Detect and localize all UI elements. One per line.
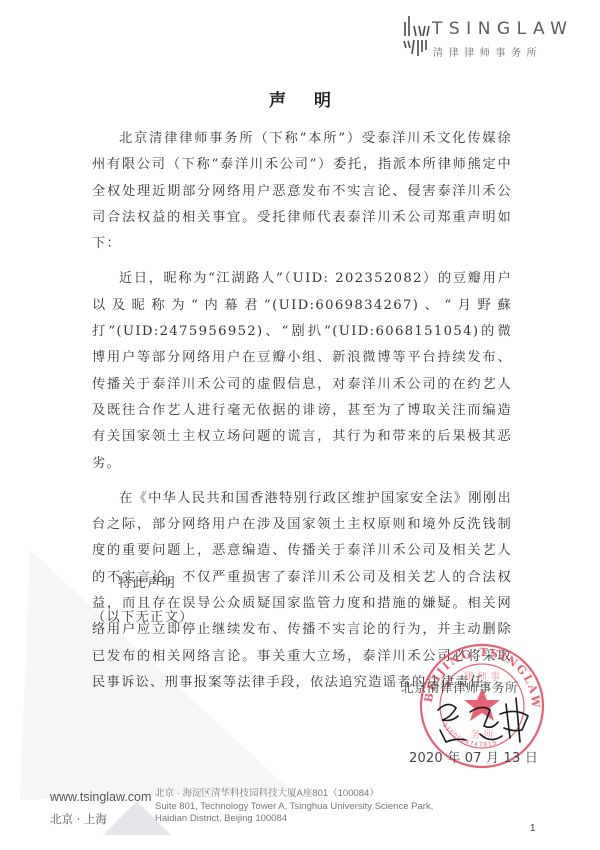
- office-cities: 北京 · 上海: [50, 811, 107, 827]
- tsinglaw-barcode-logo-icon: [402, 12, 434, 56]
- handwritten-signature-icon: [430, 690, 540, 750]
- paragraph-intro: 北京清律律师事务所（下称“本所”）受泰洋川禾文化传媒徐州有限公司（下称“泰洋川禾…: [92, 126, 512, 257]
- signature-date: 2020 年 07 月 13 日: [409, 747, 538, 766]
- address-chinese: 北京 · 海淀区清华科技园科技大厦A座801（100084）: [155, 788, 433, 801]
- website-link[interactable]: www.tsinglaw.com: [50, 790, 151, 804]
- tsinglaw-logo: TSINGLAW 清律律师事务所: [400, 8, 590, 58]
- footer-address: 北京 · 海淀区清华科技园科技大厦A座801（100084） Suite 801…: [155, 788, 433, 826]
- address-english-line2: Haidian District, Beijing 100084: [155, 813, 433, 826]
- paragraph-facts: 近日，昵称为“江湖路人”（UID: 202352082）的豆瓣用户以及昵称为“内…: [92, 266, 512, 476]
- logo-chinese-name: 清律律师事务所: [433, 44, 542, 59]
- document-title: 声明: [0, 86, 600, 111]
- closing-statement: 特此声明: [118, 572, 176, 591]
- address-english-line1: Suite 801, Technology Tower A, Tsinghua …: [155, 801, 433, 814]
- end-note: （以下无正文）: [92, 606, 194, 625]
- logo-wordmark: TSINGLAW: [432, 19, 573, 39]
- page-number: 1: [530, 823, 536, 834]
